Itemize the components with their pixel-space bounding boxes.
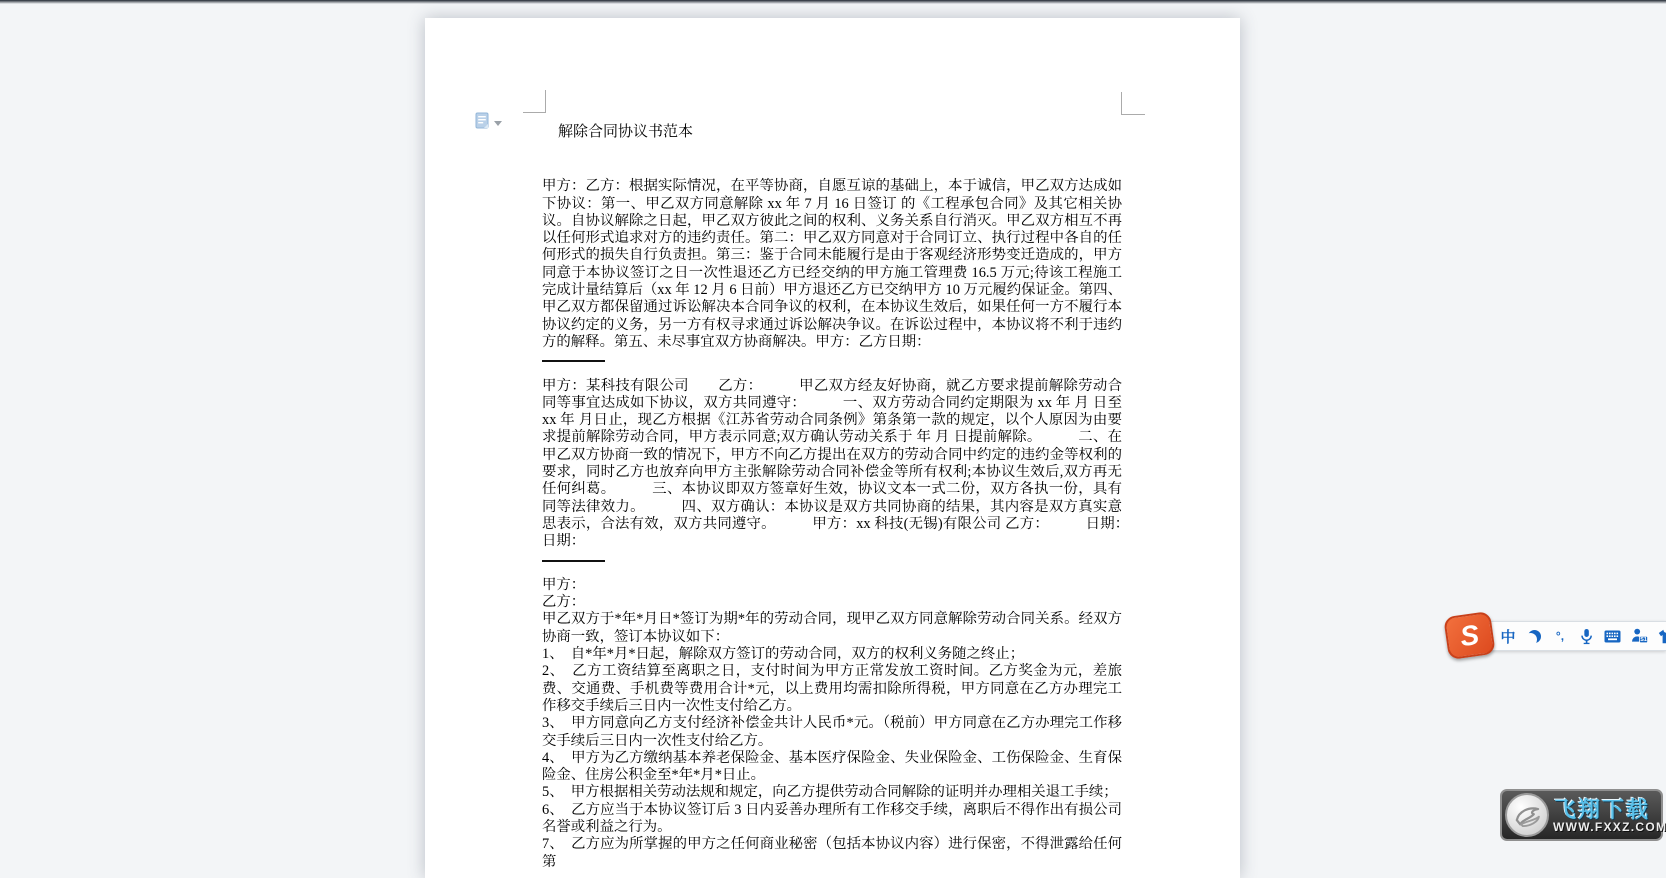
- text-boundary-mark-left: [523, 90, 546, 113]
- paste-options-button[interactable]: [475, 110, 511, 132]
- soft-keyboard-button[interactable]: [1604, 627, 1621, 645]
- clipboard-icon: [475, 112, 490, 130]
- horizontal-rule: [542, 560, 1122, 577]
- watermark-site-url: WWW.FXXZ.COM: [1553, 820, 1666, 834]
- account-badge: S1: [1640, 637, 1647, 643]
- document-title[interactable]: 解除合同协议书范本: [542, 124, 1122, 141]
- clause-1[interactable]: 1、 自*年*月*日起，解除双方签订的劳动合同，双方的权利义务随之终止；: [542, 646, 1122, 663]
- clause-7[interactable]: 7、 乙方应为所掌握的甲方之任何商业秘密（包括本协议内容）进行保密，不得泄露给任…: [542, 836, 1122, 849]
- clause-4[interactable]: 4、 甲方为乙方缴纳基本养老保险金、基本医疗保险金、失业保险金、工伤保险金、生育…: [542, 750, 1122, 785]
- window-top-edge: [0, 0, 1666, 4]
- fullwidth-halfwidth-toggle[interactable]: [1526, 627, 1542, 645]
- clause-5[interactable]: 5、 甲方根据相关劳动法规和规定，向乙方提供劳动合同解除的证明并办理相关退工手续…: [542, 784, 1122, 801]
- section-3-intro[interactable]: 甲乙双方于*年*月日*签订为期*年的劳动合同，现甲乙双方同意解除劳动合同关系。经…: [542, 611, 1122, 646]
- person-icon: S1: [1631, 628, 1648, 644]
- document-page: 解除合同协议书范本 甲方：乙方：根据实际情况，在平等协商，自愿互谅的基础上，本于…: [425, 18, 1240, 849]
- keyboard-icon: [1604, 630, 1621, 643]
- sogou-logo-button[interactable]: S: [1443, 611, 1496, 660]
- contract-section-1[interactable]: 甲方：乙方：根据实际情况，在平等协商，自愿互谅的基础上，本于诚信，甲乙双方达成如…: [542, 178, 1122, 351]
- clause-2[interactable]: 2、 乙方工资结算至离职之日，支付时间为甲方正常发放工资时间。乙方奖金为元，差旅…: [542, 663, 1122, 715]
- clause-6[interactable]: 6、 乙方应当于本协议签订后 3 日内妥善办理所有工作移交手续，离职后不得作出有…: [542, 802, 1122, 837]
- fxxz-logo-circle: [1505, 793, 1549, 837]
- punctuation-toggle[interactable]: °,: [1552, 627, 1568, 645]
- flying-bird-icon: [1510, 798, 1544, 832]
- horizontal-rule: [542, 360, 1122, 377]
- dropdown-arrow-icon[interactable]: [494, 121, 502, 126]
- account-button[interactable]: S1: [1631, 627, 1648, 645]
- text-boundary-mark-right: [1121, 92, 1145, 115]
- party-b-line[interactable]: 乙方：: [542, 594, 1122, 611]
- tshirt-icon: [1658, 629, 1666, 644]
- microphone-icon: [1579, 628, 1594, 645]
- contract-section-2[interactable]: 甲方：某科技有限公司 乙方： 甲乙双方经友好协商，就乙方要求提前解除劳动合同等事…: [542, 378, 1122, 551]
- voice-input-button[interactable]: [1578, 627, 1594, 645]
- clause-3[interactable]: 3、 甲方同意向乙方支付经济补偿金共计人民币*元。（税前）甲方同意在乙方办理完工…: [542, 715, 1122, 750]
- document-body[interactable]: 解除合同协议书范本 甲方：乙方：根据实际情况，在平等协商，自愿互谅的基础上，本于…: [542, 124, 1122, 849]
- skin-button[interactable]: [1658, 627, 1666, 645]
- ime-icon-row: 中 °, S1: [1500, 626, 1666, 646]
- sogou-s-letter: S: [1458, 620, 1480, 650]
- crescent-moon-icon: [1528, 630, 1541, 643]
- chinese-english-toggle[interactable]: 中: [1500, 627, 1516, 645]
- party-a-line[interactable]: 甲方：: [542, 577, 1122, 594]
- fxxz-watermark: 飞翔下载 WWW.FXXZ.COM: [1500, 789, 1663, 841]
